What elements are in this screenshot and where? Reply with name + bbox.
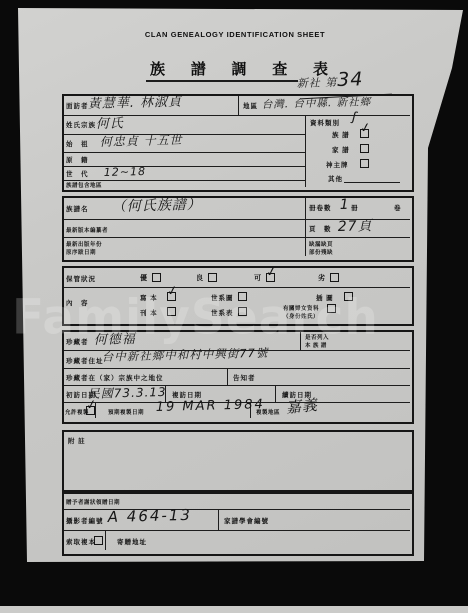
v-rule (238, 96, 239, 115)
category-family-checkbox: ✓ (360, 144, 369, 153)
h-rule (64, 237, 410, 238)
revisit-label: 複訪日期 (172, 390, 202, 399)
category-tablet-checkbox: ✓ (360, 159, 369, 168)
document-paper: CLAN GENEALOGY IDENTIFICATION SHEET 族 譜 … (0, 0, 468, 613)
microfilm-frame: CLAN GENEALOGY IDENTIFICATION SHEET 族 譜 … (0, 0, 468, 613)
women-data-label: 有關婦女資料 (283, 304, 319, 312)
lineage-table-label: 世系表 (211, 308, 234, 317)
region-label: 地區 (243, 101, 258, 110)
notes-box (62, 430, 414, 492)
page-label-prefix: 新社 第 (297, 76, 338, 90)
generations-label: 世 代 (66, 169, 89, 178)
manuscript-checkbox: ✓ (167, 292, 176, 301)
origin-label: 原 籍 (66, 155, 89, 164)
photographer-number-value: A 464-13 (108, 506, 193, 526)
copy-area-value: 嘉義 (285, 394, 319, 418)
content-label: 內 容 (66, 298, 89, 307)
category-label: 資料類別 (310, 118, 340, 127)
publication-year-label: 最新出版年份 (66, 240, 102, 248)
area-label: 族譜包含地區 (66, 181, 102, 189)
category-genealogy-label: 族 譜 (332, 130, 350, 139)
condition-poor-checkbox: ✓ (330, 273, 339, 282)
illustration-checkbox: ✓ (344, 292, 353, 301)
other-underline (344, 182, 400, 183)
copy-date-label: 預期複製日期 (108, 408, 144, 416)
condition-good-label: 良 (196, 273, 204, 283)
category-tablet-label: 神主牌 (326, 160, 349, 169)
women-data-checkbox: ✓ (327, 304, 336, 313)
printed-edition-label: 刊 本 (140, 308, 158, 317)
clan-value: 何氏 (96, 112, 125, 132)
holder-label: 珍藏者 (66, 337, 89, 346)
check-mark-icon: ✓ (85, 397, 98, 414)
page-label-handwritten: 新社 第34 (296, 68, 363, 92)
check-mark-icon: ✓ (359, 120, 372, 137)
v-rule (227, 368, 228, 385)
volumes-label: 冊卷數 (309, 203, 332, 212)
photographer-number-label: 攝影者編號 (66, 516, 104, 525)
listed-label-line2: 本 族 譜 (305, 341, 327, 349)
holder-value: 何德福 (94, 328, 136, 348)
manuscript-label: 寫 本 (140, 293, 158, 302)
page-number: 34 (337, 68, 364, 91)
scan-edge-strip (0, 606, 468, 613)
printed-edition-checkbox: ✓ (167, 307, 176, 316)
condition-fair-checkbox: ✓ (266, 273, 275, 282)
society-number-label: 家譜學會編號 (224, 516, 269, 525)
v-rule (300, 332, 301, 350)
category-family-label: 家 譜 (332, 145, 350, 154)
award-date-label: 贈予者謝狀領贈日期 (66, 498, 120, 506)
interviewer-label: 面訪者 (66, 101, 89, 110)
check-mark-icon: ✓ (166, 283, 179, 300)
compiler-label: 最新版本編纂者 (66, 226, 108, 234)
holder-position-label: 珍藏者在（家）宗族中之地位 (66, 373, 164, 382)
condition-poor-label: 劣 (318, 273, 326, 283)
notes-label: 附 註 (68, 436, 86, 445)
volumes-unit-ce: 冊 (351, 203, 359, 212)
condition-fair-label: 可 (254, 273, 262, 283)
v-rule (218, 509, 219, 530)
sheet-title-en: CLAN GENEALOGY IDENTIFICATION SHEET (105, 30, 365, 39)
ancestor-value: 何忠貞 十五世 (100, 131, 183, 150)
clan-label: 姓氏宗族 (66, 120, 96, 129)
condition-good-checkbox: ✓ (208, 273, 217, 282)
volumes-value: 1 (340, 197, 350, 213)
h-rule (64, 368, 410, 369)
condition-label: 保管狀況 (66, 274, 96, 283)
h-rule (64, 166, 305, 167)
copy-permission-checkbox: ✓ (86, 406, 95, 415)
copy-date-value: 19 MAR 1984 (156, 397, 265, 415)
damaged-label: 部份殘缺 (309, 248, 333, 256)
lineage-table-checkbox: ✓ (238, 307, 247, 316)
informant-label: 告知者 (233, 373, 256, 382)
v-rule (105, 530, 106, 550)
volumes-unit-juan: 卷 (394, 203, 402, 212)
condition-excellent-label: 優 (140, 273, 148, 283)
category-other-label: 其他 (328, 174, 343, 183)
copy-request-label: 索取複本 (66, 537, 96, 546)
category-genealogy-checkbox: ✓ (360, 129, 369, 138)
holder-address-label: 珍藏者住址 (66, 356, 104, 365)
lineage-chart-checkbox: ✓ (238, 292, 247, 301)
condition-excellent-checkbox: ✓ (152, 273, 161, 282)
ancestor-label: 始 祖 (66, 139, 89, 148)
v-rule (275, 385, 276, 402)
women-data-note: （身份姓氏） (283, 312, 319, 320)
mailing-address-label: 寄贈地址 (117, 537, 147, 546)
generations-value: 12~18 (104, 165, 147, 179)
interviewer-value: 黃慧華. 林淑貞 (88, 91, 183, 112)
illustration-label: 插 圖 (316, 293, 334, 302)
check-mark-icon: ✓ (265, 264, 278, 281)
h-rule (64, 287, 410, 288)
copy-area-label: 複製地區 (256, 408, 280, 416)
h-rule (64, 152, 305, 153)
lineage-chart-label: 世系圖 (211, 293, 234, 302)
title-underline (146, 80, 298, 82)
listed-label-line1: 是否列入 (305, 333, 329, 341)
pages-label: 頁 數 (309, 224, 332, 233)
copy-request-checkbox: ✓ (94, 536, 103, 545)
genealogy-title-value: （何氏族譜） (111, 194, 201, 216)
h-rule (64, 530, 410, 531)
v-rule (305, 115, 306, 187)
v-rule (305, 198, 306, 256)
preface-date-label: 原序跋日期 (66, 248, 96, 256)
pages-value: 27頁 (337, 215, 372, 236)
missing-pages-label: 缺漏缺頁 (309, 240, 333, 248)
genealogy-title-label: 族譜名 (66, 204, 89, 213)
